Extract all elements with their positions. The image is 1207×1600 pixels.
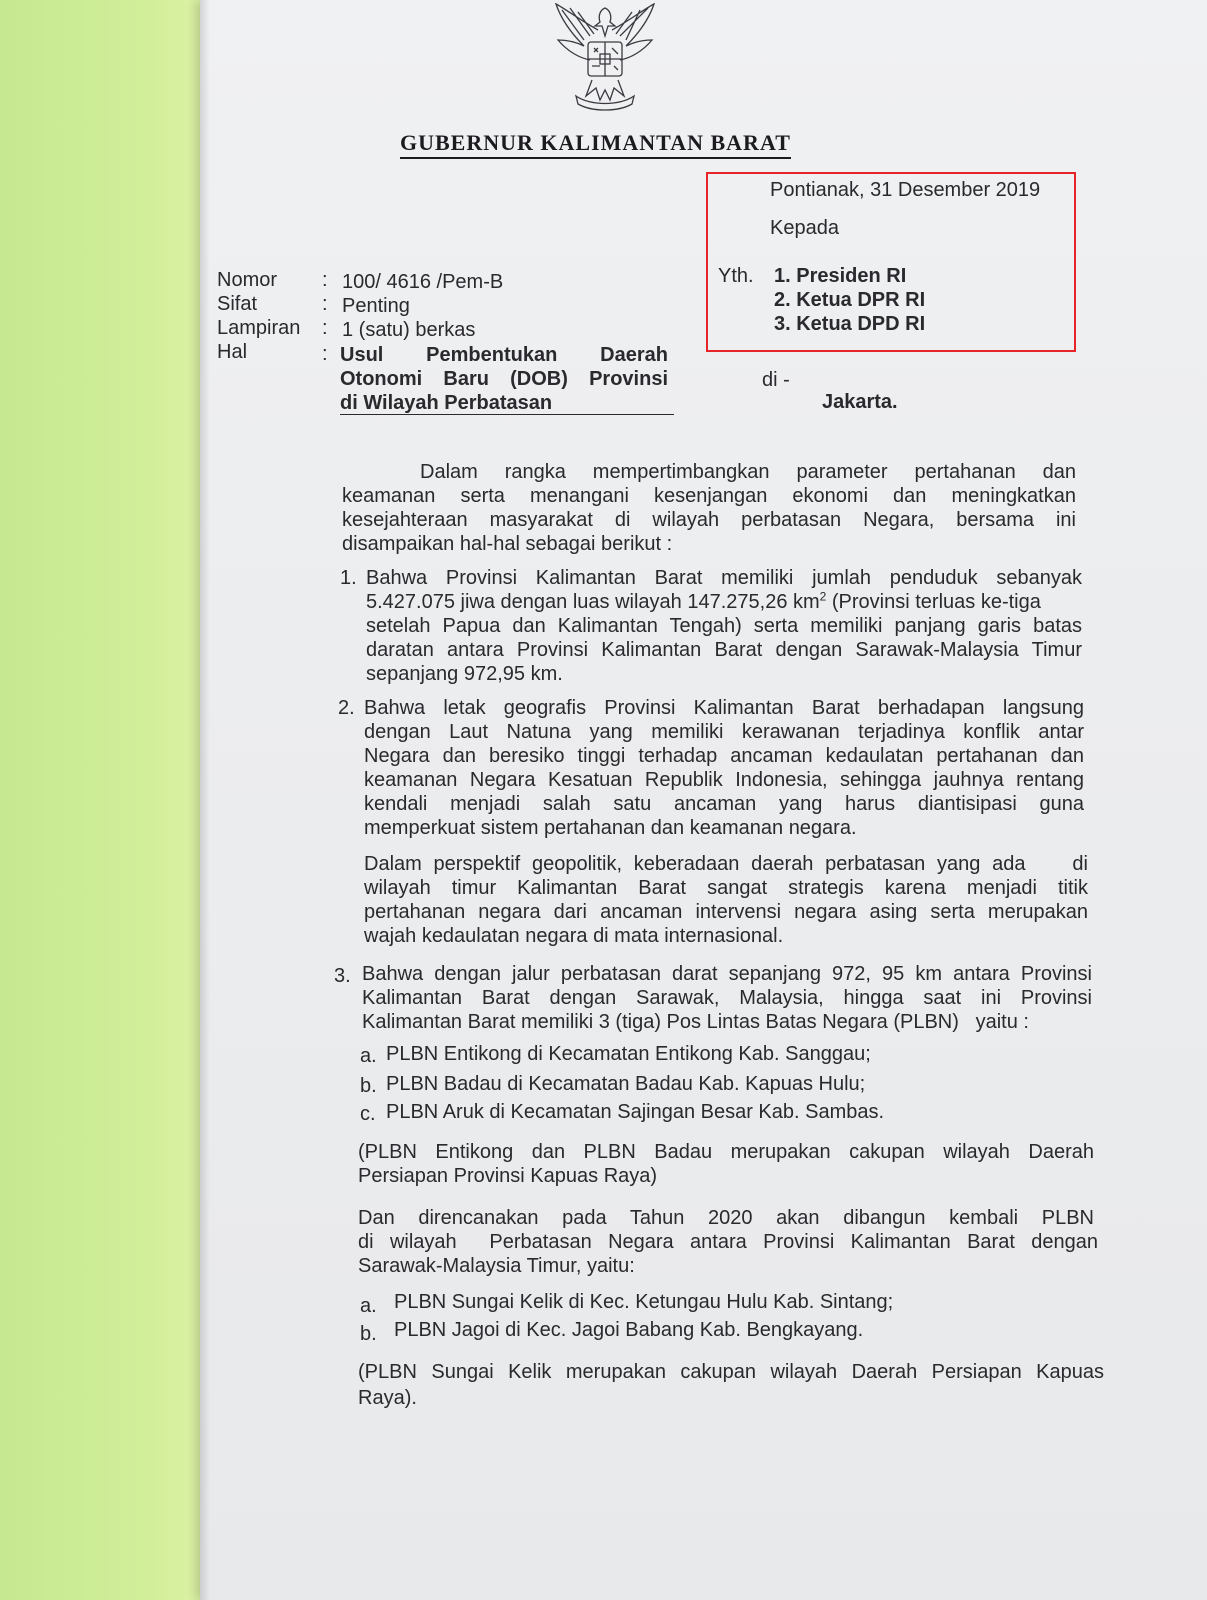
point2-para2-line: pertahanan negara dari ancaman intervens… xyxy=(364,900,1088,925)
list-letter: a. xyxy=(360,1044,377,1068)
hal-line-1: Usul Pembentukan Daerah xyxy=(340,343,668,368)
hal-line-2: Otonomi Baru (DOB) Provinsi xyxy=(340,367,668,392)
point1-line: daratan antara Provinsi Kalimantan Barat… xyxy=(366,638,1082,663)
point3-line: Kalimantan Barat dengan Sarawak, Malaysi… xyxy=(362,986,1092,1011)
plbn-existing-item: PLBN Badau di Kecamatan Badau Kab. Kapua… xyxy=(386,1072,865,1096)
note-line: Raya). xyxy=(358,1386,417,1410)
point2-line: kendali menjadi salah satu ancaman yang … xyxy=(364,792,1084,817)
lampiran-value: 1 (satu) berkas xyxy=(342,318,475,342)
di-label: di - xyxy=(762,368,790,392)
green-underlying-sheet xyxy=(0,0,215,1600)
point2-para2-line: wajah kedaulatan negara di mata internas… xyxy=(364,924,783,948)
plan-line: di wilayah Perbatasan Negara antara Prov… xyxy=(358,1230,1098,1255)
list-letter: b. xyxy=(360,1074,377,1098)
point-number: 3. xyxy=(334,964,351,988)
garuda-emblem-icon xyxy=(550,0,660,112)
point2-line: Negara dan beresiko tinggi terhadap anca… xyxy=(364,744,1084,769)
intro-line: keamanan serta menangani kesenjangan eko… xyxy=(342,484,1076,509)
letterhead-title: GUBERNUR KALIMANTAN BARAT xyxy=(400,130,791,159)
recipient-3: 3. Ketua DPD RI xyxy=(774,312,925,336)
point2-line: memperkuat sistem pertahanan dan keamana… xyxy=(364,816,857,840)
intro-line: disampaikan hal-hal sebagai berikut : xyxy=(342,532,1076,557)
point2-line: keamanan Negara Kesatuan Republik Indone… xyxy=(364,768,1084,793)
point2-line: dengan Laut Natuna yang memiliki kerawan… xyxy=(364,720,1084,745)
nomor-value: 100/ 4616 /Pem-B xyxy=(342,270,503,294)
nomor-label: Nomor xyxy=(217,268,277,292)
yth-label: Yth. xyxy=(718,264,754,288)
list-letter: a. xyxy=(360,1294,377,1318)
destination-city: Jakarta. xyxy=(822,390,898,414)
colon: : xyxy=(322,268,328,292)
point1-line: setelah Papua dan Kalimantan Tengah) ser… xyxy=(366,614,1082,639)
intro-line: kesejahteraan masyarakat di wilayah perb… xyxy=(342,508,1076,533)
colon: : xyxy=(322,316,328,340)
letter-page: GUBERNUR KALIMANTAN BARAT Pontianak, 31 … xyxy=(200,0,1207,1600)
point2-para2-line: wilayah timur Kalimantan Barat sangat st… xyxy=(364,876,1088,901)
plbn-planned-item: PLBN Sungai Kelik di Kec. Ketungau Hulu … xyxy=(394,1290,893,1314)
plbn-planned-item: PLBN Jagoi di Kec. Jagoi Babang Kab. Ben… xyxy=(394,1318,863,1342)
point1-line: 5.427.075 jiwa dengan luas wilayah 147.2… xyxy=(366,590,1041,614)
colon: : xyxy=(322,342,328,366)
point1-line: Bahwa Provinsi Kalimantan Barat memiliki… xyxy=(366,566,1082,591)
sifat-value: Penting xyxy=(342,294,410,318)
point2-para2-line: Dalam perspektif geopolitik, keberadaan … xyxy=(364,852,1088,877)
hal-label: Hal xyxy=(217,340,247,364)
place-date: Pontianak, 31 Desember 2019 xyxy=(770,178,1040,202)
hal-underline xyxy=(340,414,674,415)
list-letter: c. xyxy=(360,1102,376,1126)
plan-line: Sarawak-Malaysia Timur, yaitu: xyxy=(358,1254,635,1278)
colon: : xyxy=(322,292,328,316)
point-number: 1. xyxy=(340,566,357,590)
note-line: (PLBN Entikong dan PLBN Badau merupakan … xyxy=(358,1140,1094,1165)
plan-line: Dan direncanakan pada Tahun 2020 akan di… xyxy=(358,1206,1094,1231)
recipient-1: 1. Presiden RI xyxy=(774,264,906,288)
note-line: Persiapan Provinsi Kapuas Raya) xyxy=(358,1164,657,1188)
lampiran-label: Lampiran xyxy=(217,316,300,340)
recipient-2: 2. Ketua DPR RI xyxy=(774,288,925,312)
plbn-existing-item: PLBN Aruk di Kecamatan Sajingan Besar Ka… xyxy=(386,1100,884,1124)
hal-line-3: di Wilayah Perbatasan xyxy=(340,391,552,415)
sifat-label: Sifat xyxy=(217,292,257,316)
intro-line: Dalam rangka mempertimbangkan parameter … xyxy=(420,460,1076,485)
plbn-existing-item: PLBN Entikong di Kecamatan Entikong Kab.… xyxy=(386,1042,871,1066)
point1-line: sepanjang 972,95 km. xyxy=(366,662,563,686)
list-letter: b. xyxy=(360,1322,377,1346)
point3-line: Bahwa dengan jalur perbatasan darat sepa… xyxy=(362,962,1092,987)
note-line: (PLBN Sungai Kelik merupakan cakupan wil… xyxy=(358,1360,1104,1385)
point-number: 2. xyxy=(338,696,355,720)
kepada-label: Kepada xyxy=(770,216,839,240)
point2-line: Bahwa letak geografis Provinsi Kalimanta… xyxy=(364,696,1084,721)
point3-line: Kalimantan Barat memiliki 3 (tiga) Pos L… xyxy=(362,1010,1029,1034)
